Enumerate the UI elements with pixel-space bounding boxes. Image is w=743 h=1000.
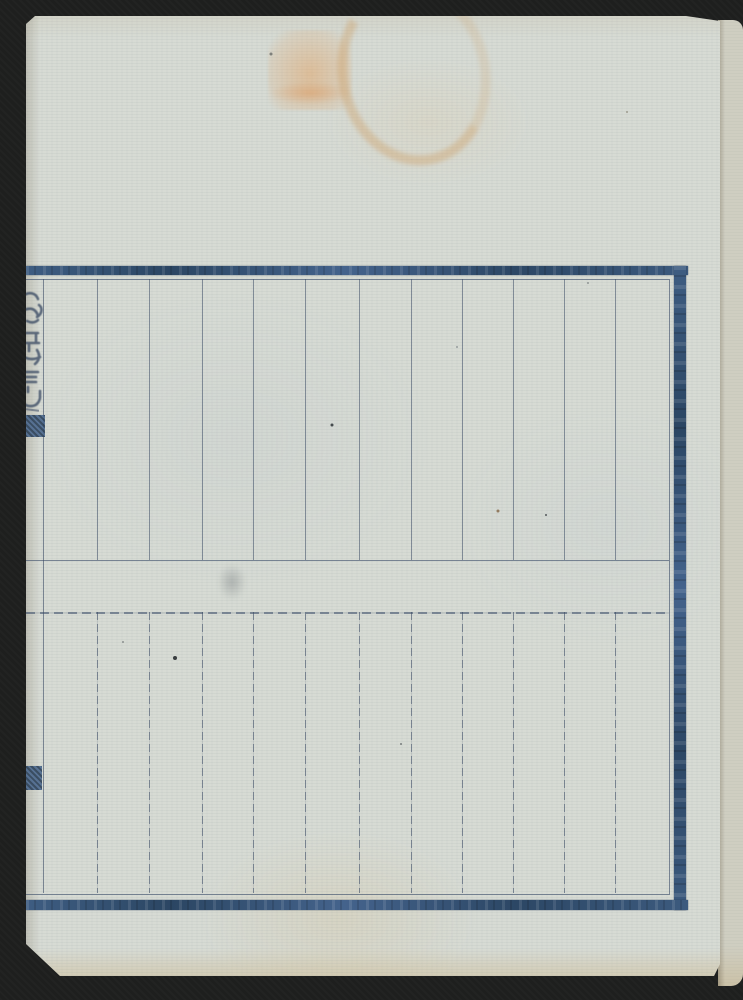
frame-inner-rule bbox=[26, 279, 670, 895]
frame-border-bottom bbox=[26, 900, 688, 910]
frame-border-right bbox=[674, 266, 686, 910]
column-rule-line bbox=[253, 279, 254, 560]
column-rule-line bbox=[564, 279, 565, 560]
column-rule-line bbox=[615, 612, 616, 893]
column-rule-line bbox=[253, 612, 254, 893]
column-rule-line bbox=[359, 612, 360, 893]
printer-block-upper bbox=[26, 415, 45, 437]
column-rule-line bbox=[149, 612, 150, 893]
column-rule-line bbox=[97, 279, 98, 560]
column-rule-line bbox=[97, 612, 98, 893]
column-rule-line bbox=[411, 279, 412, 560]
column-rule-line bbox=[615, 279, 616, 560]
column-rule-line bbox=[202, 612, 203, 893]
foxing-speckles bbox=[26, 16, 28, 18]
column-rule-line bbox=[149, 279, 150, 560]
tea-stain-arc bbox=[321, 16, 508, 180]
book-page bbox=[26, 16, 722, 976]
column-rule-line bbox=[564, 612, 565, 893]
fold-title-character-1 bbox=[26, 288, 47, 330]
column-rule-line bbox=[202, 279, 203, 560]
column-rule-line bbox=[411, 612, 412, 893]
column-rule-line bbox=[462, 612, 463, 893]
lower-register-topline bbox=[26, 612, 669, 614]
faded-red-seal-lower bbox=[272, 82, 348, 104]
upper-register-baseline bbox=[26, 560, 669, 561]
scan-background bbox=[0, 0, 743, 1000]
column-rule-line bbox=[462, 279, 463, 560]
column-rule-line bbox=[513, 612, 514, 893]
frame-border-top bbox=[26, 266, 688, 275]
printer-block-lower bbox=[26, 766, 42, 790]
fold-title-character-2 bbox=[26, 328, 47, 370]
underlying-page-edge bbox=[718, 20, 743, 986]
column-rule-line bbox=[305, 612, 306, 893]
column-rule-line bbox=[513, 279, 514, 560]
column-rule-line bbox=[359, 279, 360, 560]
column-rule-line bbox=[305, 279, 306, 560]
fold-title-character-3 bbox=[26, 368, 47, 410]
